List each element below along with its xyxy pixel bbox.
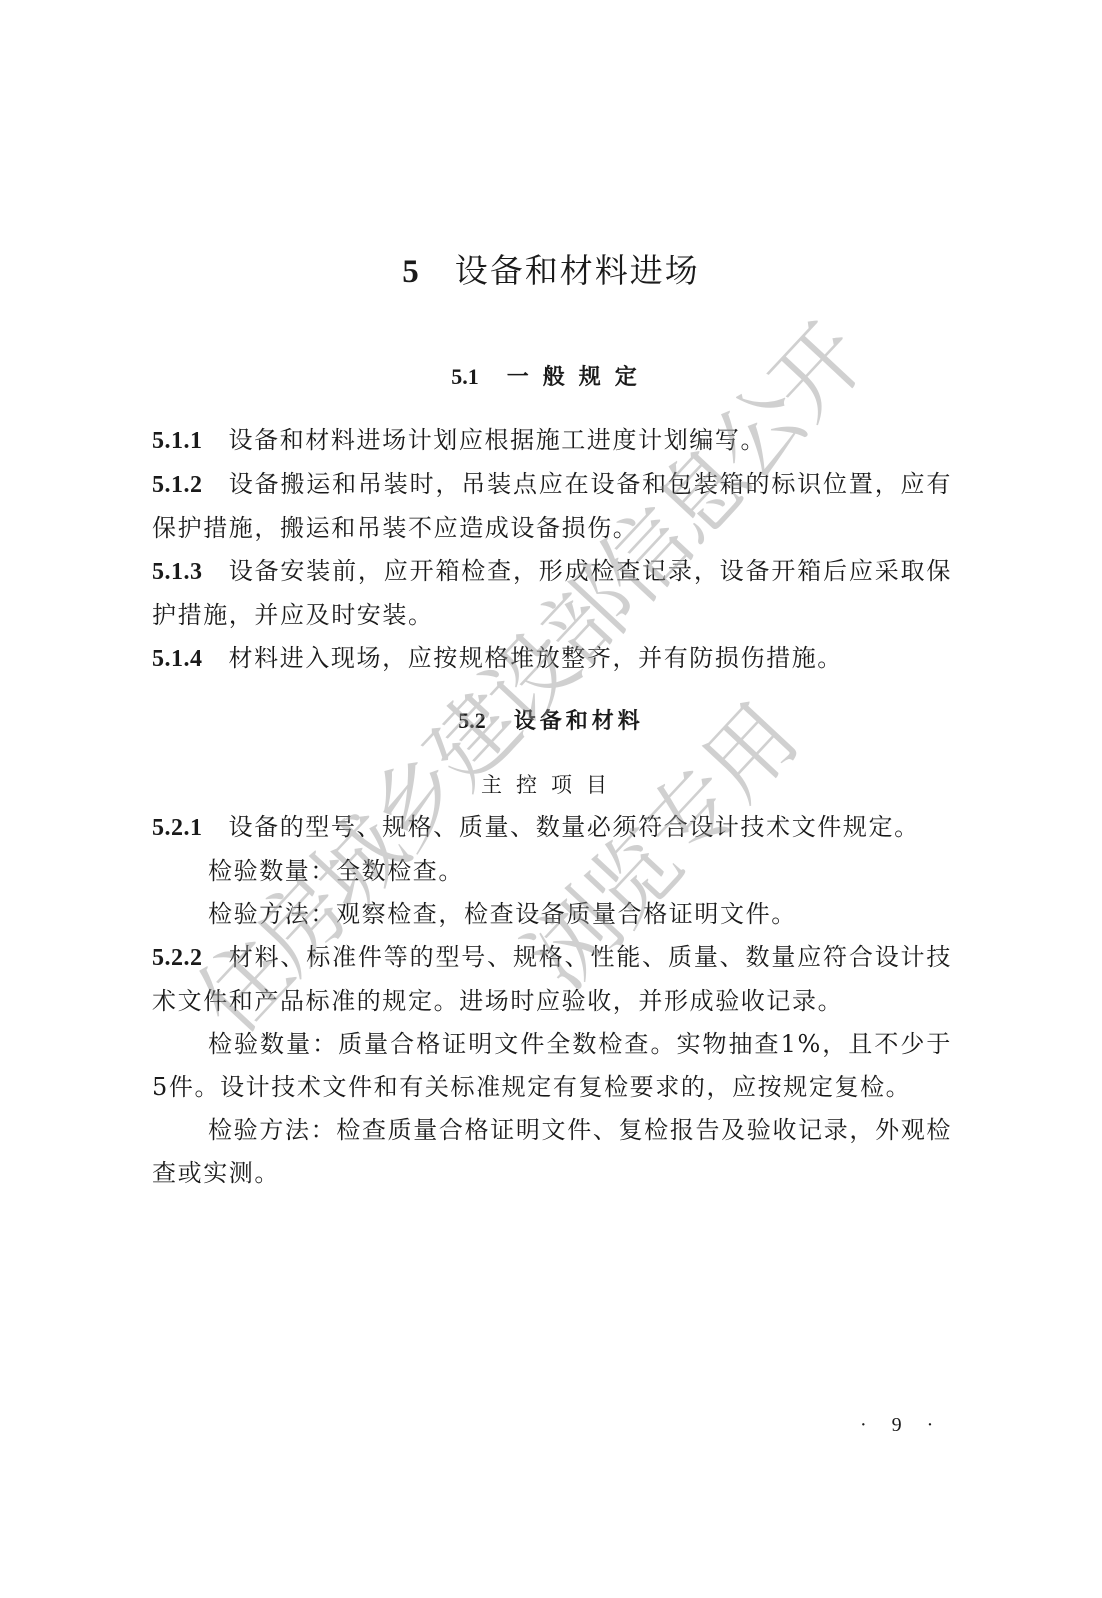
clause-text: 材料进入现场，应按规格堆放整齐，并有防损伤措施。	[229, 644, 843, 672]
inspection-quantity: 检验数量：质量合格证明文件全数检查。实物抽查1%，且不少于5件。设计技术文件和有…	[152, 1023, 952, 1109]
subsection-title: 主控项目	[0, 768, 1102, 802]
clause-5-2-2: 5.2.2材料、标准件等的型号、规格、性能、质量、数量应符合设计技术文件和产品标…	[152, 936, 952, 1023]
clause-number: 5.1.1	[152, 428, 203, 454]
clause-5-1-2: 5.1.2设备搬运和吊装时，吊装点应在设备和包装箱的标识位置，应有保护措施，搬运…	[152, 463, 952, 550]
clause-number: 5.1.4	[152, 646, 203, 672]
section-number: 5.2	[458, 708, 486, 733]
chapter-number: 5	[402, 254, 421, 290]
clause-text: 材料、标准件等的型号、规格、性能、质量、数量应符合设计技术文件和产品标准的规定。…	[152, 943, 952, 1015]
clause-number: 5.2.2	[152, 945, 203, 971]
clause-5-1-4: 5.1.4材料进入现场，应按规格堆放整齐，并有防损伤措施。	[152, 637, 952, 681]
clause-number: 5.1.2	[152, 472, 203, 498]
inspection-method: 检验方法：检查质量合格证明文件、复检报告及验收记录，外观检查或实测。	[152, 1109, 952, 1195]
chapter-title-text: 设备和材料进场	[455, 251, 700, 290]
inspection-quantity: 检验数量：全数检查。	[152, 850, 952, 893]
page-number: · 9 ·	[860, 1414, 943, 1437]
section-title-5-1: 5.1一般规定	[0, 360, 1102, 395]
clause-text: 设备安装前，应开箱检查，形成检查记录，设备开箱后应采取保护措施，并应及时安装。	[152, 557, 952, 629]
clause-5-1-3: 5.1.3设备安装前，应开箱检查，形成检查记录，设备开箱后应采取保护措施，并应及…	[152, 550, 952, 637]
clause-number: 5.1.3	[152, 559, 203, 585]
clause-5-1-1: 5.1.1设备和材料进场计划应根据施工进度计划编写。	[152, 419, 952, 463]
section-5-2-body: 5.2.1设备的型号、规格、质量、数量必须符合设计技术文件规定。 检验数量：全数…	[152, 806, 952, 1195]
clause-5-2-1: 5.2.1设备的型号、规格、质量、数量必须符合设计技术文件规定。	[152, 806, 952, 850]
clause-text: 设备和材料进场计划应根据施工进度计划编写。	[229, 426, 767, 454]
section-5-1-body: 5.1.1设备和材料进场计划应根据施工进度计划编写。 5.1.2设备搬运和吊装时…	[152, 419, 952, 681]
section-title-text: 一般规定	[507, 365, 651, 390]
clause-number: 5.2.1	[152, 815, 203, 841]
clause-text: 设备的型号、规格、质量、数量必须符合设计技术文件规定。	[229, 813, 920, 841]
section-number: 5.1	[451, 364, 479, 389]
document-page: 5设备和材料进场 5.1一般规定 5.1.1设备和材料进场计划应根据施工进度计划…	[0, 0, 1102, 1598]
clause-text: 设备搬运和吊装时，吊装点应在设备和包装箱的标识位置，应有保护措施，搬运和吊装不应…	[152, 470, 952, 542]
inspection-method: 检验方法：观察检查，检查设备质量合格证明文件。	[152, 893, 952, 936]
section-title-text: 设备和材料	[514, 709, 644, 734]
section-title-5-2: 5.2设备和材料	[0, 704, 1102, 739]
chapter-title: 5设备和材料进场	[0, 246, 1102, 297]
